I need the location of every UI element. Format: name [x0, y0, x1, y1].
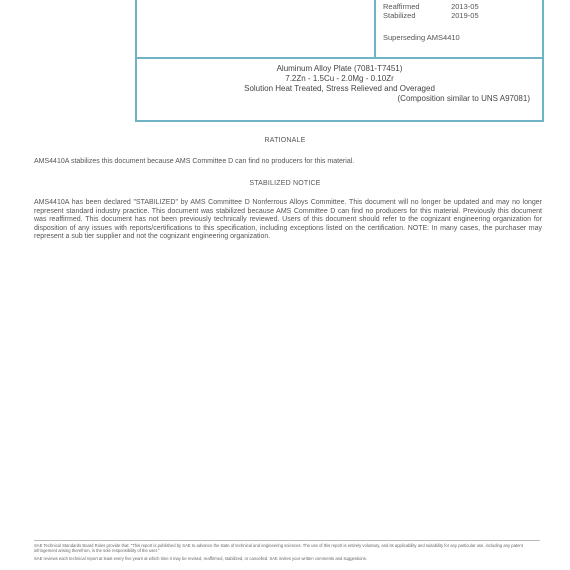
- reaffirmed-label: Reaffirmed: [383, 2, 449, 11]
- composition-note: (Composition similar to UNS A97081): [137, 94, 542, 104]
- document-title-block: Aluminum Alloy Plate (7081-T7451) 7.2Zn …: [137, 59, 542, 120]
- footer-review-note: SAE reviews each technical report at lea…: [34, 556, 540, 561]
- title-line: Aluminum Alloy Plate (7081-T7451): [137, 64, 542, 74]
- reaffirmed-date: 2013-05: [451, 2, 479, 11]
- footer-divider: [34, 540, 540, 541]
- title-line: Solution Heat Treated, Stress Relieved a…: [137, 84, 542, 94]
- stabilized-notice-text: AMS4410A has been declared "STABILIZED" …: [34, 199, 542, 242]
- stabilized-label: Stabilized: [383, 11, 449, 20]
- rationale-text: AMS4410A stabilizes this document becaus…: [34, 158, 542, 167]
- title-line: 7.2Zn - 1.5Cu - 2.0Mg - 0.10Zr: [137, 74, 542, 84]
- reaffirmed-row: Reaffirmed 2013-05: [383, 2, 479, 11]
- stabilized-row: Stabilized 2019-05: [383, 11, 479, 20]
- superseding-note: Superseding AMS4410: [383, 33, 460, 42]
- footer-disclaimer: SAE Technical Standards Board Rules prov…: [34, 543, 540, 553]
- header-status-block: Reaffirmed 2013-05 Stabilized 2019-05 Su…: [376, 0, 542, 57]
- rationale-heading: RATIONALE: [0, 137, 570, 144]
- document-header-box: Reaffirmed 2013-05 Stabilized 2019-05 Su…: [135, 0, 544, 122]
- stabilized-date: 2019-05: [451, 11, 479, 20]
- header-logo-area: [137, 0, 376, 57]
- header-top-row: Reaffirmed 2013-05 Stabilized 2019-05 Su…: [137, 0, 542, 59]
- stabilized-notice-heading: STABILIZED NOTICE: [0, 180, 570, 187]
